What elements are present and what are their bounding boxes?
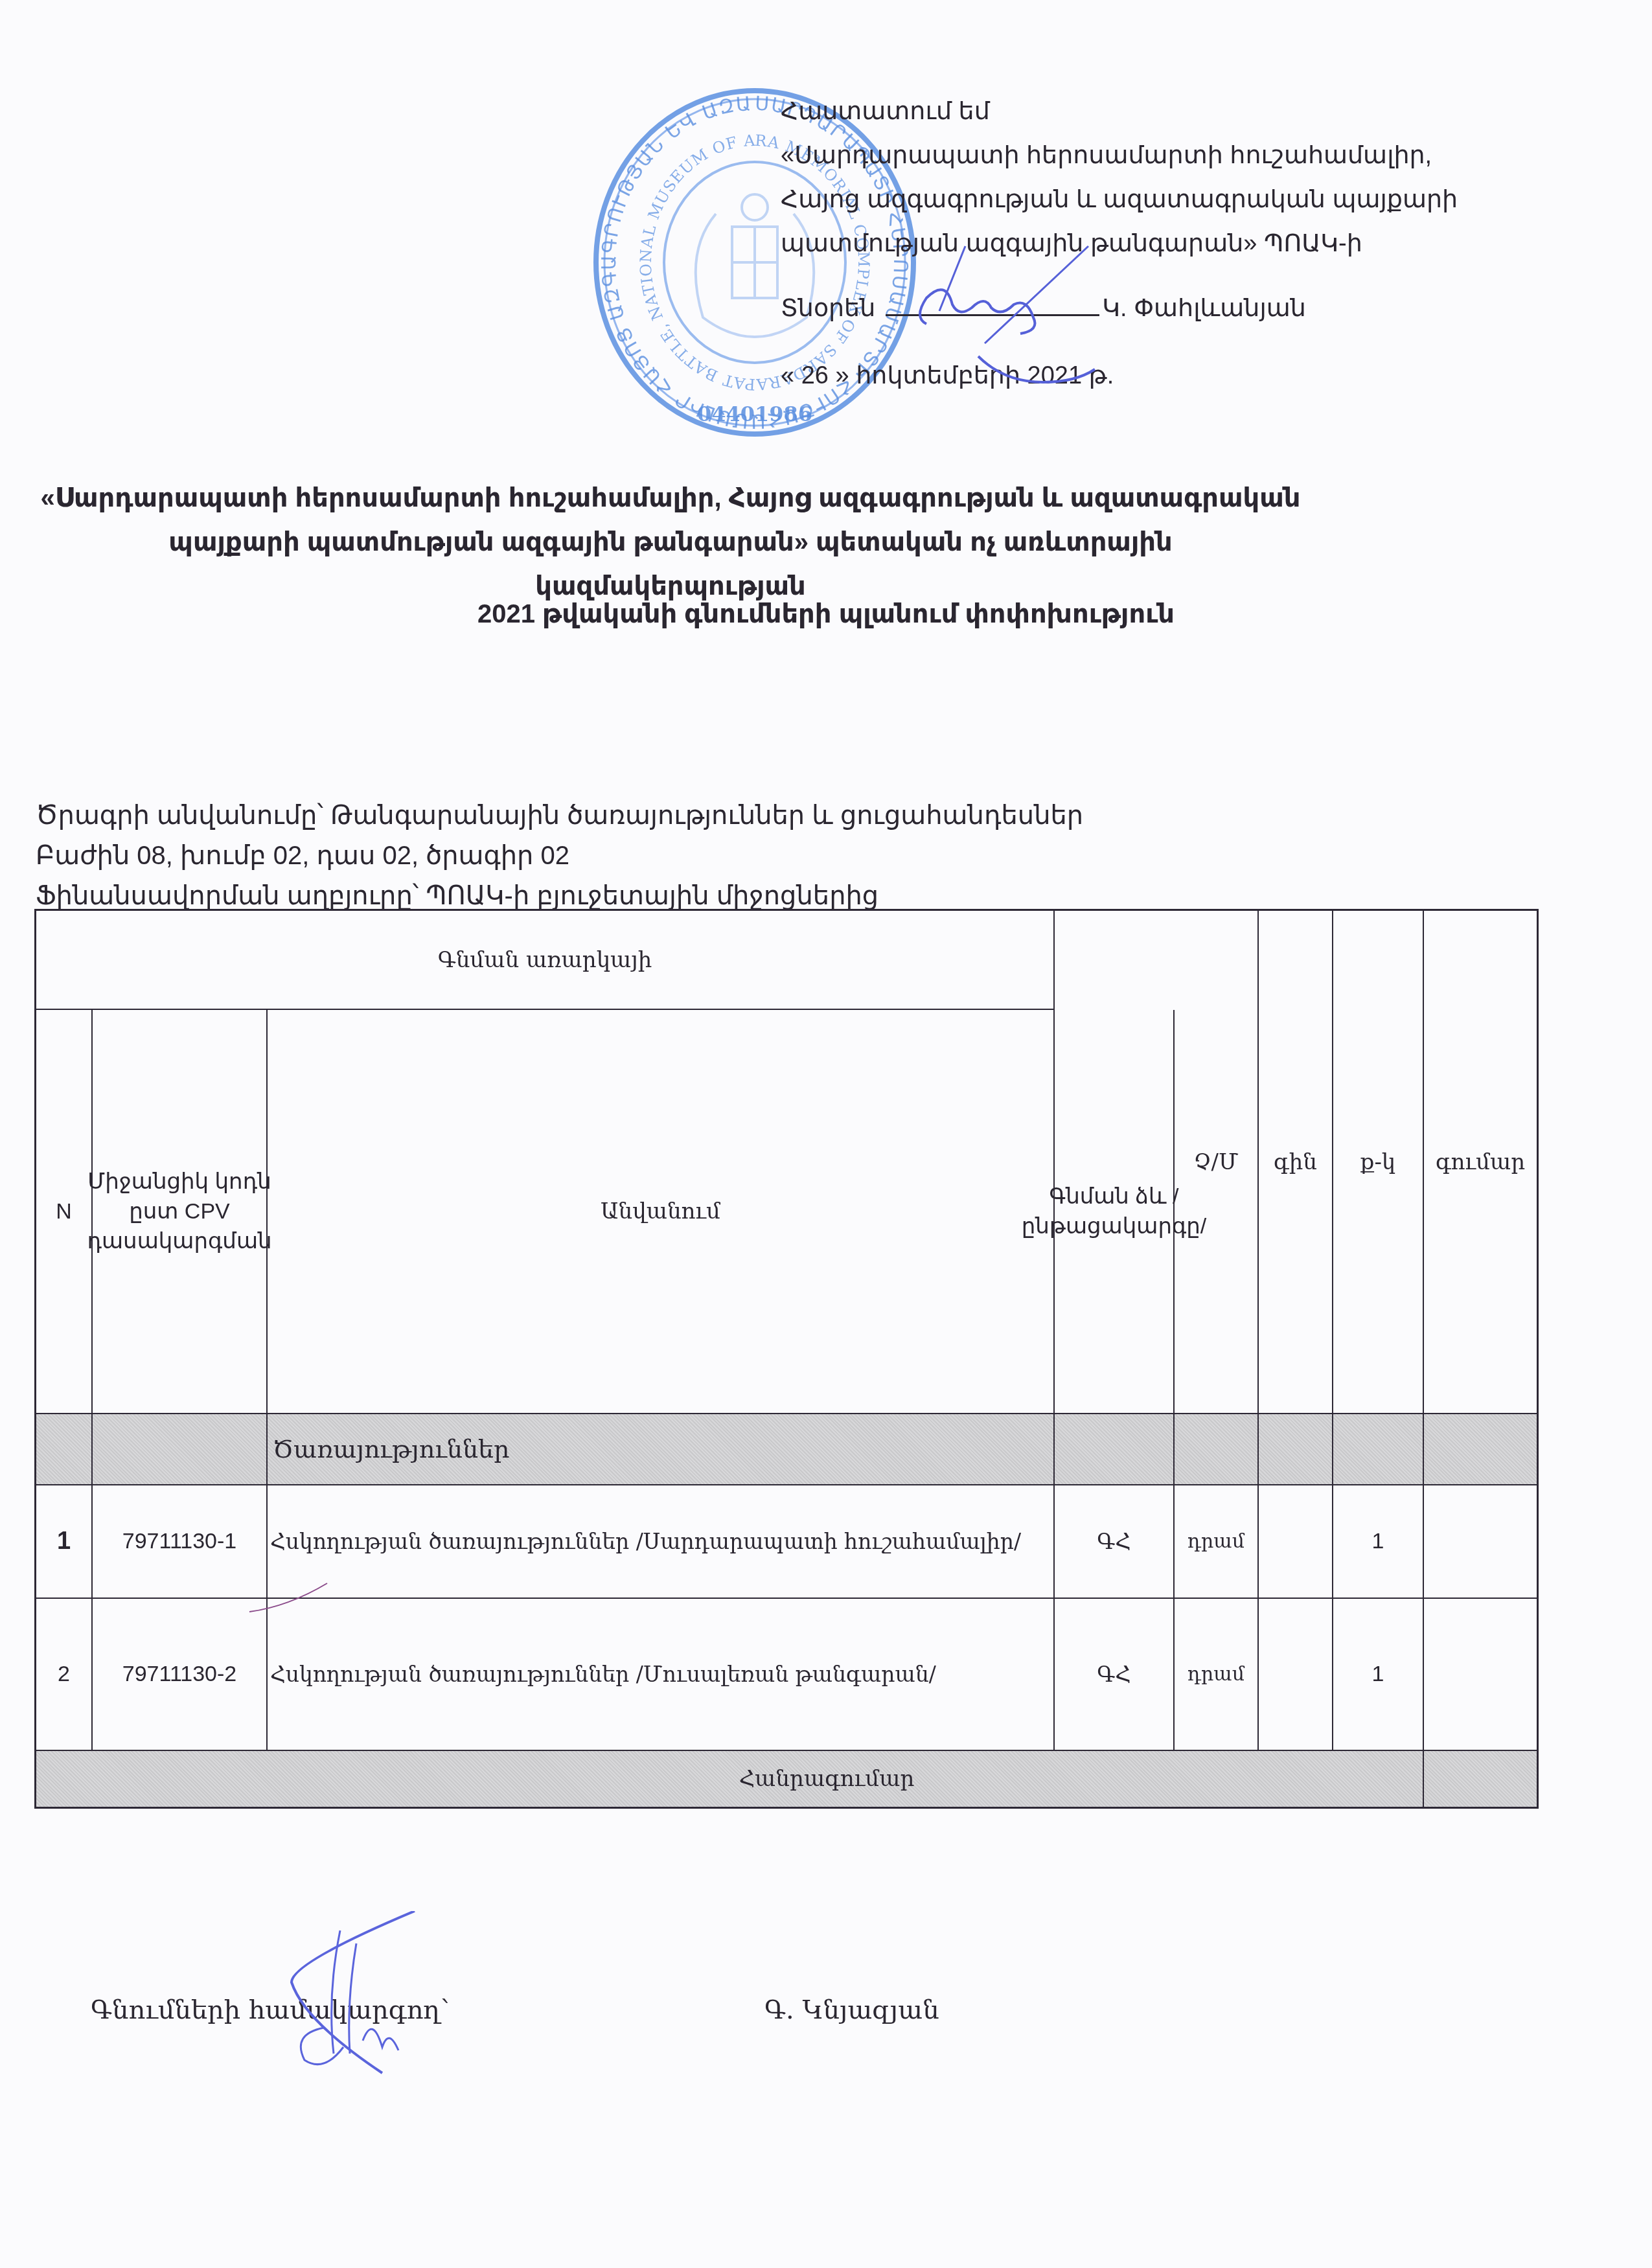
procurement-coordinator-name: Գ. Կնյազյան <box>764 1995 939 2025</box>
section-cell-method <box>1055 1414 1175 1485</box>
col-header-qty: ք-կ <box>1333 911 1424 1414</box>
section-cell-price <box>1259 1414 1333 1485</box>
coordinator-signature-icon <box>220 1911 479 2086</box>
col-header-unit: Չ/Մ <box>1175 911 1259 1414</box>
section-cell-sum <box>1424 1414 1537 1485</box>
approval-heading: Հաստատում եմ <box>781 89 1458 133</box>
row-method: ԳՀ <box>1055 1599 1175 1751</box>
total-value <box>1424 1751 1537 1807</box>
col-header-n: N <box>36 1010 93 1414</box>
director-signature-icon <box>881 233 1153 402</box>
col-header-method: Գնման ձև /ընթացակարգը/ <box>1055 1010 1175 1414</box>
row-qty: 1 <box>1333 1599 1424 1751</box>
col-header-price: գին <box>1259 911 1333 1414</box>
col-header-cpv: Միջանցիկ կոդն ըստ CPV դասակարգման <box>93 1010 268 1414</box>
row-sum <box>1424 1599 1537 1751</box>
director-role: Տնօրեն <box>781 295 875 322</box>
section-cell-n <box>36 1414 93 1485</box>
svg-text:04401986: 04401986 <box>697 402 812 426</box>
approval-org-line-1: «Սարդարապատի հերոսամարտի հուշահամալիր, <box>781 133 1458 178</box>
row-name: Հսկողության ծառայություններ /Մուսալեռան … <box>268 1599 1055 1751</box>
document-title: «Սարդարապատի հերոսամարտի հուշահամալիր, Հ… <box>39 476 1302 608</box>
row-qty: 1 <box>1333 1485 1424 1599</box>
document-title-line-2: պայքարի պատմության ազգային թանգարան» պետ… <box>39 520 1302 608</box>
row-number: 2 <box>36 1599 93 1751</box>
row-price <box>1259 1599 1333 1751</box>
row-unit: դրամ <box>1175 1599 1259 1751</box>
row-cpv-code: 79711130-1 <box>93 1485 268 1599</box>
procurement-table: Գնման առարկայի Չ/Մ գին ք-կ գումար N Միջա… <box>34 909 1539 1809</box>
row-unit: դրամ <box>1175 1485 1259 1599</box>
document-subtitle: 2021 թվականի գնումների պլանում փոփոխությ… <box>0 599 1652 629</box>
col-header-sum: գումար <box>1424 911 1537 1414</box>
section-cell-unit <box>1175 1414 1259 1485</box>
funding-source: Ֆինանսավորման աղբյուրը՝ ՊՈԱԿ-ի բյուջետայ… <box>36 878 878 913</box>
row-method: ԳՀ <box>1055 1485 1175 1599</box>
pen-mark-icon <box>246 1581 337 1620</box>
program-name: Ծրագրի անվանումը՝ Թանգարանային ծառայությ… <box>36 798 1083 833</box>
section-label: Ծառայություններ <box>268 1414 1055 1485</box>
section-cell-cpv <box>93 1414 268 1485</box>
row-name: Հսկողության ծառայություններ /Սարդարապատի… <box>268 1485 1055 1599</box>
row-number: 1 <box>36 1485 93 1599</box>
row-price <box>1259 1485 1333 1599</box>
total-label: Հանրագումար <box>36 1751 1424 1807</box>
program-classification: Բաժին 08, խումբ 02, դաս 02, ծրագիր 02 <box>36 838 569 873</box>
document-title-line-1: «Սարդարապատի հերոսամարտի հուշահամալիր, Հ… <box>39 476 1302 520</box>
row-sum <box>1424 1485 1537 1599</box>
row-cpv-code: 79711130-2 <box>93 1599 268 1751</box>
group-header: Գնման առարկայի <box>36 911 1055 1010</box>
section-cell-qty <box>1333 1414 1424 1485</box>
col-header-name: Անվանում <box>268 1010 1055 1414</box>
approval-org-line-2: Հայոց ազգագրության և ազատագրական պայքարի <box>781 178 1458 222</box>
